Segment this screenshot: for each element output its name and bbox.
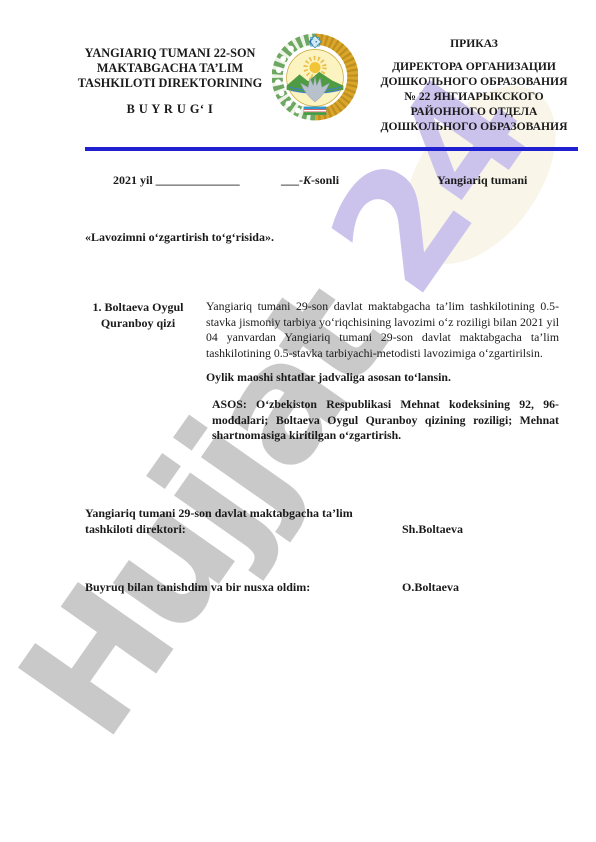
employee-name-block: 1. Boltaeva Oygul Quranboy qizi	[74, 299, 202, 331]
order-number-k: K	[303, 173, 311, 187]
org-name-ru-line: № 22 ЯНГИАРЫКСКОГО	[368, 89, 580, 104]
prikaz-title: ПРИКАЗ	[368, 36, 580, 51]
uzbekistan-coat-of-arms-icon	[272, 31, 358, 123]
legal-basis: ASOS: Oʻzbekiston Respublikasi Mehnat ko…	[212, 397, 559, 444]
org-name-uz-line: YANGIARIQ TUMANI 22-SON	[70, 46, 270, 61]
order-subject: «Lavozimni oʻzgartirish toʻgʻrisida».	[85, 230, 274, 245]
document-page: Hujjat 24 YANGIARIQ TUMANI 22-SON MAKTAB…	[0, 0, 596, 842]
order-body-paragraph: Yangiariq tumani 29-son davlat maktabgac…	[206, 299, 559, 361]
order-number-suffix: -sonli	[311, 173, 339, 187]
org-name-ru-line: РАЙОННОГО ОТДЕЛА	[368, 104, 580, 119]
date-line: 2021 yil ______________	[113, 173, 240, 188]
order-number-line: ___-K-sonli	[281, 173, 339, 188]
salary-note: Oylik maoshi shtatlar jadvaliga asosan t…	[206, 370, 559, 386]
director-signature-name: Sh.Boltaeva	[402, 522, 463, 537]
org-name-ru-line: ДОШКОЛЬНОГО ОБРАЗОВАНИЯ	[368, 119, 580, 134]
org-header-ru: ПРИКАЗ ДИРЕКТОРА ОРГАНИЗАЦИИ ДОШКОЛЬНОГО…	[368, 36, 580, 134]
acknowledgement-label: Buyruq bilan tanishdim va bir nusxa oldi…	[85, 580, 415, 595]
employee-name-line: 1. Boltaeva Oygul	[74, 299, 202, 315]
document-content: YANGIARIQ TUMANI 22-SON MAKTABGACHA TA’L…	[0, 0, 596, 842]
org-name-ru-line: ДОШКОЛЬНОГО ОБРАЗОВАНИЯ	[368, 74, 580, 89]
org-name-uz-line: TASHKILOTI DIREKTORINING	[70, 76, 270, 91]
order-word-buyruq: B U Y R U Gʻ I	[70, 102, 270, 117]
place-label: Yangiariq tumani	[437, 173, 527, 188]
employee-name-line: Quranboy qizi	[74, 315, 202, 331]
order-number-prefix: ___-	[281, 173, 303, 187]
acknowledgement-name: O.Boltaeva	[402, 580, 459, 595]
org-name-ru-line: ДИРЕКТОРА ОРГАНИЗАЦИИ	[368, 59, 580, 74]
header-divider-rule	[85, 147, 578, 151]
org-header-uz: YANGIARIQ TUMANI 22-SON MAKTABGACHA TA’L…	[70, 46, 270, 117]
org-name-uz-line: MAKTABGACHA TA’LIM	[70, 61, 270, 76]
order-body-block: Yangiariq tumani 29-son davlat maktabgac…	[206, 299, 559, 444]
director-signature-label: Yangiariq tumani 29-son davlat maktabgac…	[85, 506, 355, 537]
